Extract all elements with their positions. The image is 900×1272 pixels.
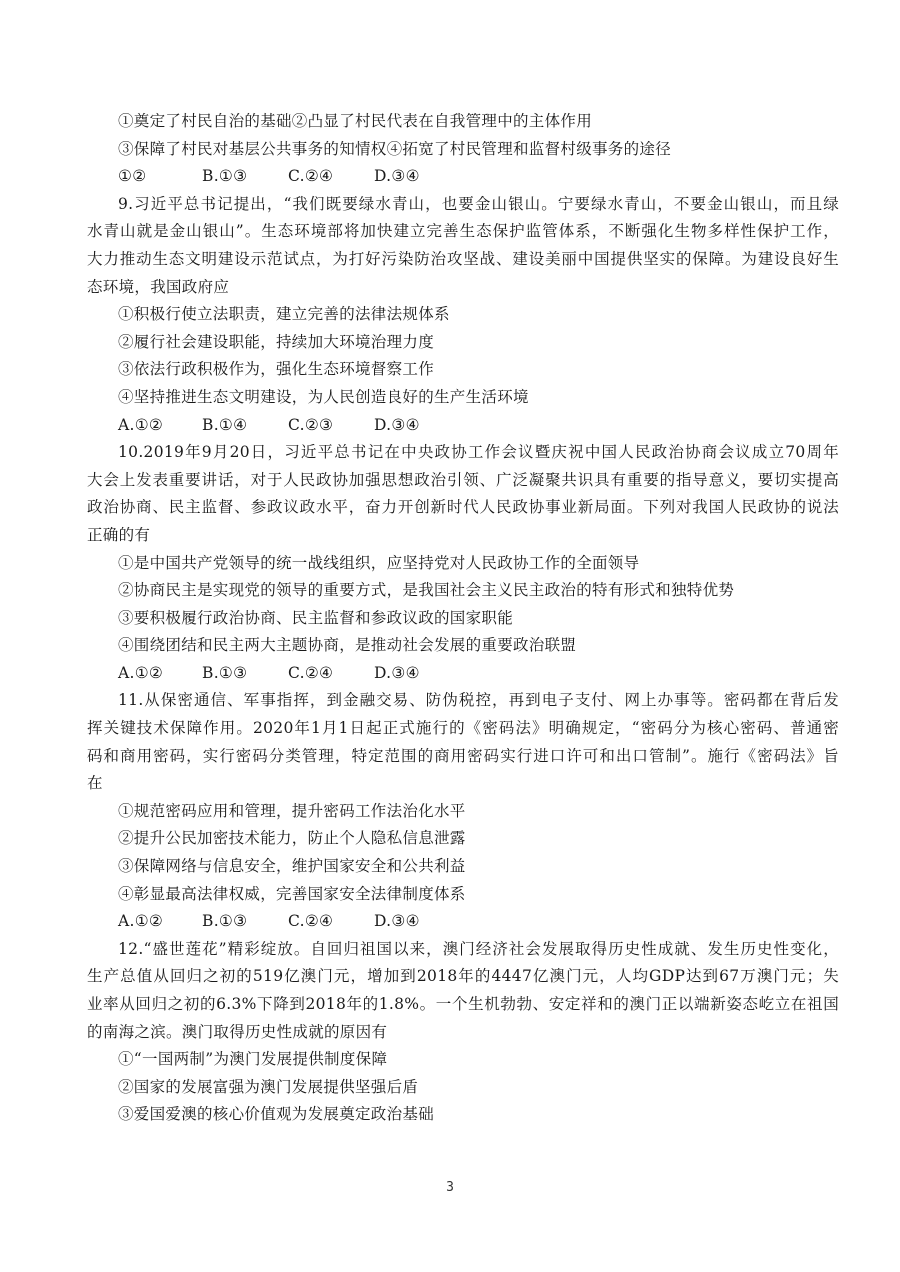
choice-a: ①② [118, 163, 202, 191]
question-stem-line: 码和商用密码，实行密码分类管理，特定范围的商用密码实行进口许可和出口管制”。施行… [87, 743, 839, 771]
option-line: ②协商民主是实现党的领导的重要方式，是我国社会主义民主政治的特有形式和独特优势 [87, 577, 839, 605]
question-stem-line: 水青山就是金山银山”。生态环境部将加快建立完善生态保护监管体系，不断强化生物多样… [87, 218, 839, 246]
choice-b: B.①④ [202, 412, 288, 440]
question-stem-line: 态环境，我国政府应 [87, 274, 839, 302]
choice-d: D.③④ [374, 908, 420, 936]
question-12: 12.“盛世莲花”精彩绽放。自回归祖国以来，澳门经济社会发展取得历史性成就、发生… [87, 936, 839, 1129]
choice-a: A.①② [118, 660, 202, 688]
choice-b: B.①③ [202, 660, 288, 688]
question-stem-line: 在 [87, 770, 839, 798]
option-line: ③依法行政积极作为，强化生态环境督察工作 [87, 356, 839, 384]
question-11: 11.从保密通信、军事指挥，到金融交易、防伪税控，再到电子支付、网上办事等。密码… [87, 687, 839, 935]
choice-b: B.①③ [202, 163, 288, 191]
question-stem-line: 挥关键技术保障作用。2020年1月1日起正式施行的《密码法》明确规定，“密码分为… [87, 715, 839, 743]
option-line: ③要积极履行政治协商、民主监督和参政议政的国家职能 [87, 605, 839, 633]
option-line: ②国家的发展富强为澳门发展提供坚强后盾 [87, 1074, 839, 1102]
option-line: ②履行社会建设职能，持续加大环境治理力度 [87, 329, 839, 357]
page-number: 3 [0, 1180, 900, 1195]
option-line: ④彰显最高法律权威，完善国家安全法律制度体系 [87, 881, 839, 909]
choice-c: C.②③ [288, 412, 374, 440]
choice-a: A.①② [118, 412, 202, 440]
question-8-tail: ①奠定了村民自治的基础②凸显了村民代表在自我管理中的主体作用 ③保障了村民对基层… [87, 108, 839, 191]
choice-d: D.③④ [374, 412, 420, 440]
question-9: 9.习近平总书记提出，“我们既要绿水青山，也要金山银山。宁要绿水青山，不要金山银… [87, 191, 839, 439]
option-line: ②提升公民加密技术能力，防止个人隐私信息泄露 [87, 825, 839, 853]
question-stem-line: 11.从保密通信、军事指挥，到金融交易、防伪税控，再到电子支付、网上办事等。密码… [87, 687, 839, 715]
choice-d: D.③④ [374, 660, 420, 688]
choice-c: C.②④ [288, 660, 374, 688]
question-stem-line: 大会上发表重要讲话，对于人民政协加强思想政治引领、广泛凝聚共识具有重要的指导意义… [87, 467, 839, 495]
option-line: ①积极行使立法职责，建立完善的法律法规体系 [87, 301, 839, 329]
question-10: 10.2019年9月20日，习近平总书记在中央政协工作会议暨庆祝中国人民政治协商… [87, 439, 839, 687]
option-line: ①“一国两制”为澳门发展提供制度保障 [87, 1046, 839, 1074]
answer-choices: A.①②B.①③C.②④D.③④ [87, 660, 839, 688]
answer-choices: A.①②B.①④C.②③D.③④ [87, 412, 839, 440]
question-stem-line: 的南海之滨。澳门取得历史性成就的原因有 [87, 1019, 839, 1047]
choice-b: B.①③ [202, 908, 288, 936]
answer-choices: A.①②B.①③C.②④D.③④ [87, 908, 839, 936]
choice-c: C.②④ [288, 163, 374, 191]
question-stem-line: 大力推动生态文明建设示范试点，为打好污染防治攻坚战、建设美丽中国提供坚实的保障。… [87, 246, 839, 274]
option-line: ①奠定了村民自治的基础②凸显了村民代表在自我管理中的主体作用 [87, 108, 839, 136]
option-line: ③保障网络与信息安全，维护国家安全和公共利益 [87, 853, 839, 881]
option-line: ①规范密码应用和管理，提升密码工作法治化水平 [87, 798, 839, 826]
question-stem-line: 正确的有 [87, 522, 839, 550]
option-line: ③保障了村民对基层公共事务的知情权④拓宽了村民管理和监督村级事务的途径 [87, 136, 839, 164]
question-stem-line: 生产总值从回归之初的519亿澳门元，增加到2018年的4447亿澳门元，人均GD… [87, 963, 839, 991]
choice-a: A.①② [118, 908, 202, 936]
question-stem-line: 业率从回归之初的6.3%下降到2018年的1.8%。一个生机勃勃、安定祥和的澳门… [87, 991, 839, 1019]
answer-choices: ①②B.①③C.②④D.③④ [87, 163, 839, 191]
exam-page-body: ①奠定了村民自治的基础②凸显了村民代表在自我管理中的主体作用 ③保障了村民对基层… [87, 108, 839, 1129]
option-line: ④围绕团结和民主两大主题协商，是推动社会发展的重要政治联盟 [87, 632, 839, 660]
choice-c: C.②④ [288, 908, 374, 936]
question-stem-line: 9.习近平总书记提出，“我们既要绿水青山，也要金山银山。宁要绿水青山，不要金山银… [87, 191, 839, 219]
question-stem-line: 10.2019年9月20日，习近平总书记在中央政协工作会议暨庆祝中国人民政治协商… [87, 439, 839, 467]
question-stem-line: 政治协商、民主监督、参政议政水平，奋力开创新时代人民政协事业新局面。下列对我国人… [87, 494, 839, 522]
option-line: ①是中国共产党领导的统一战线组织，应坚持党对人民政协工作的全面领导 [87, 550, 839, 578]
choice-d: D.③④ [374, 163, 420, 191]
question-stem-line: 12.“盛世莲花”精彩绽放。自回归祖国以来，澳门经济社会发展取得历史性成就、发生… [87, 936, 839, 964]
option-line: ③爱国爱澳的核心价值观为发展奠定政治基础 [87, 1101, 839, 1129]
option-line: ④坚持推进生态文明建设，为人民创造良好的生产生活环境 [87, 384, 839, 412]
